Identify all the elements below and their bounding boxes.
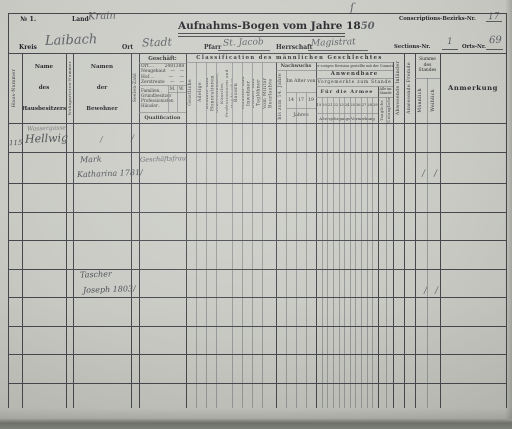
col-summe-maennlich: Männlich <box>415 78 427 123</box>
grid-line <box>327 97 328 408</box>
grid-line <box>168 85 169 112</box>
value-rule <box>486 49 503 50</box>
geschaeft-summary-rows: Ort.... 2481388 Neugebaut.... —— Hof....… <box>141 64 184 86</box>
col-haeusler: Häusler und Inwohner <box>242 62 252 123</box>
grid-line <box>333 97 334 408</box>
grid-line <box>186 62 393 63</box>
grid-line <box>8 269 506 270</box>
grid-line <box>242 62 243 408</box>
grid-line <box>316 78 393 79</box>
grid-line <box>262 62 263 408</box>
form-title-printed: Aufnahms-Bogen vom Jahre 18 <box>178 20 361 32</box>
grid-line <box>196 62 197 408</box>
grid-line <box>378 86 379 408</box>
column-header-hausbesitzer: Name des Hausbesitzers <box>22 56 66 120</box>
grid-line <box>355 97 356 408</box>
form-title: Aufnahms-Bogen vom Jahre 1850 <box>178 20 348 32</box>
grid-line <box>139 63 186 64</box>
grid-line <box>306 92 307 408</box>
col-beamte: Beamte und Honoratioren <box>206 62 216 123</box>
value-rule <box>442 49 458 50</box>
tally-mark: / <box>435 286 438 296</box>
grid-line <box>276 62 277 408</box>
hdr-line: Namen <box>91 64 113 70</box>
grid-line <box>393 62 394 408</box>
grid-line <box>316 62 317 408</box>
grid-line <box>286 70 287 408</box>
grid-line <box>168 92 186 93</box>
grid-line <box>8 383 506 384</box>
nachwuchs-title: Nachwuchs <box>276 62 316 70</box>
grid-line <box>415 78 440 79</box>
classification-headline: Classification des männlichen Geschlecht… <box>186 53 393 62</box>
column-header-seelen-zahl: Seelen-Zahl <box>131 53 139 123</box>
grid-line <box>316 86 393 87</box>
land-label: Land <box>72 16 89 23</box>
nachwuchs-jahren: Jahren <box>286 108 316 123</box>
grid-line <box>252 62 253 408</box>
grid-line <box>139 85 186 86</box>
ort-label: Ort <box>122 44 133 51</box>
grid-line <box>232 62 233 408</box>
grid-line <box>8 326 506 327</box>
grid-line <box>8 13 506 14</box>
alle-im-stande-title: Alle im Stande <box>378 86 393 97</box>
kreis-value-handwritten: Laibach <box>45 32 98 49</box>
hdr-line: des <box>39 85 50 91</box>
col-militaer-beurlaubte: Vom Militär Beurlaubte <box>262 62 276 123</box>
form-title-year-handwritten: 50 <box>361 21 375 32</box>
grid-line <box>339 97 340 408</box>
kreis-label: Kreis <box>19 44 37 51</box>
orts-number-value: 69 <box>489 35 502 46</box>
grid-line <box>372 97 373 408</box>
grid-line <box>350 97 351 408</box>
grid-line <box>8 13 9 408</box>
grid-line <box>8 53 506 54</box>
hdr-line: der <box>97 85 107 91</box>
grid-line <box>8 212 506 213</box>
title-underline <box>178 33 345 34</box>
value-rule <box>218 50 270 51</box>
resident-surname-handwritten: Tascher <box>80 269 112 279</box>
grid-line <box>367 97 368 408</box>
col-untaugliche: Untaugliche <box>386 97 393 123</box>
grid-line <box>344 97 345 408</box>
grid-line <box>8 123 506 124</box>
grid-line <box>286 108 316 109</box>
resident-surname-handwritten: Mark <box>80 155 102 165</box>
anwendbare-title: Anwendbare <box>316 70 393 78</box>
tally-mark: / <box>422 169 425 179</box>
grid-line <box>8 354 506 355</box>
herrschaft-value-handwritten: Magistrat <box>311 37 356 49</box>
grid-line <box>8 183 506 184</box>
title-underline <box>178 36 345 37</box>
sheet-number: № 1. <box>20 15 36 23</box>
grid-line <box>8 297 506 298</box>
col-nachwuchs-bis14: bis zum 14. Jahre <box>276 70 286 123</box>
armee-caption: Altersjahrgangs-Vormerkung <box>316 113 378 123</box>
herrschaft-label: Herrschaft <box>276 44 312 51</box>
orts-number-label: Orts-Nr. <box>462 44 486 50</box>
tally-mark: / <box>434 169 437 179</box>
value-rule <box>308 50 368 51</box>
col-adelige: Adelige <box>196 62 206 123</box>
qualification-handwritten: Geschäftsfrau <box>140 154 186 164</box>
col-diener: Diener und Taglöhner <box>252 62 262 123</box>
geschaeft-mid-row: Häusler.. <box>141 103 167 108</box>
section-number-value: 1 <box>447 37 453 47</box>
scanned-form-page: № 1. Land Krain ſ Conscriptions-Bezirks-… <box>0 0 512 421</box>
house-number-handwritten: 115 <box>9 139 23 147</box>
col-gewerbsinhaber: Gewerbsinhaber, Künstler, Professioniste… <box>216 62 232 123</box>
col-anwesende-fremde: Anwesende Fremde <box>404 53 415 123</box>
col-summe-weiblich: Weiblich <box>427 78 440 123</box>
grid-line <box>216 62 217 408</box>
section-number-label: Sections-Nr. <box>394 44 430 50</box>
page-right-edge-shadow <box>505 0 512 421</box>
col-geistliche: Geistliche <box>186 62 196 123</box>
grid-line <box>139 112 186 113</box>
armee-age-columns: 19 20 21 22 23 24 25 26 27 28 29 <box>316 97 378 113</box>
col-bauern: Bauern <box>232 62 242 123</box>
resident-given-name-handwritten: Katharina 1781/ <box>77 168 143 179</box>
geschaeft-mid-rows: Familien.. Grundbesitzer.. Professionist… <box>141 88 167 109</box>
column-header-bewohner: Namen der Bewohner <box>73 56 131 120</box>
geschaeft-mid-col-w: W. <box>177 85 186 92</box>
hdr-line: Hausbesitzers <box>22 106 66 112</box>
grid-line <box>8 240 506 241</box>
fuer-die-armee-title: Für die Armee <box>316 86 378 97</box>
geschaeft-qualification-label: Qualification <box>139 112 186 123</box>
tally-mark: / <box>100 135 103 144</box>
grid-line <box>386 97 387 408</box>
value-rule <box>486 21 502 22</box>
grid-line <box>322 97 323 408</box>
grid-line <box>8 152 506 153</box>
owner-name-handwritten: Hellwig <box>25 131 69 145</box>
grid-line <box>296 92 297 408</box>
conscription-district-label: Conscriptions-Bezirks-Nr. <box>399 16 476 22</box>
grid-line <box>177 85 178 112</box>
nachwuchs-age-1: 14 <box>286 92 296 108</box>
grid-line <box>316 113 378 114</box>
grid-line <box>361 97 362 408</box>
geschaeft-mid-col-m: M. <box>168 85 177 92</box>
column-header-wohnparteien-nummer: Wohnparteien-Nummer <box>66 53 73 123</box>
summe-des-standes-title: Summe des Standes <box>415 53 440 78</box>
geschaeft-box-title: Geschäft: <box>139 54 186 63</box>
col-abwesende-inlaender: Abwesende Inländer <box>393 53 404 123</box>
hdr-line: Bewohner <box>86 106 117 112</box>
grid-line <box>276 70 393 71</box>
nachwuchs-im-alter-von: Im Alter von <box>286 70 316 92</box>
resident-given-name-handwritten: Joseph 1803/ <box>83 284 136 295</box>
anwendbare-note: Im Jahre der vorigen Revision gestellte … <box>316 62 393 70</box>
anmerkung-header: Anmerkung <box>440 53 506 123</box>
pfarr-value-handwritten: St. Jacob <box>223 37 264 48</box>
ort-value-handwritten: Stadt <box>142 35 172 49</box>
grid-line <box>206 62 207 408</box>
nachwuchs-age-3: 19 <box>306 92 316 108</box>
grid-line <box>286 92 316 93</box>
column-header-haus-nummer: Haus-Nummer <box>8 53 22 123</box>
page-bottom-edge-shadow <box>0 419 512 429</box>
nachwuchs-age-2: 17 <box>296 92 306 108</box>
grid-line <box>427 78 428 408</box>
hdr-line: Name <box>35 64 53 70</box>
grid-line <box>316 97 393 98</box>
anwendbare-sub: Vorgemerkte zum Stande <box>316 78 393 86</box>
